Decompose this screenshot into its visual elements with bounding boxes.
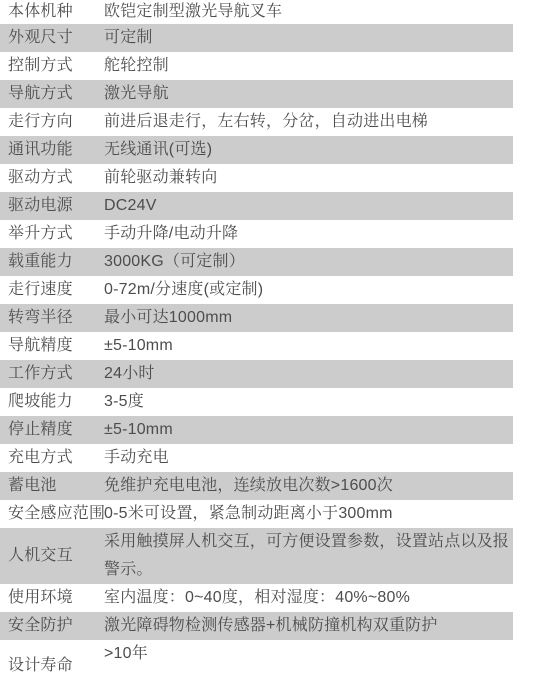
spec-label: 设计寿命: [0, 640, 104, 692]
spec-value: 0-72m/分速度(或定制): [104, 276, 513, 304]
table-row: 走行速度 0-72m/分速度(或定制): [0, 276, 513, 304]
spec-table: 本体机种 欧铠定制型激光导航叉车 外观尺寸 可定制 控制方式 舵轮控制 导航方式…: [0, 0, 513, 692]
table-row: 充电方式 手动充电: [0, 444, 513, 472]
spec-value: DC24V: [104, 192, 513, 220]
spec-value: 0-5米可设置，紧急制动距离小于300mm: [104, 500, 513, 528]
spec-label: 驱动方式: [0, 164, 104, 192]
spec-table-body: 本体机种 欧铠定制型激光导航叉车 外观尺寸 可定制 控制方式 舵轮控制 导航方式…: [0, 0, 513, 692]
spec-value: 无线通讯(可选): [104, 136, 513, 164]
spec-value: 激光障碍物检测传感器+机械防撞机构双重防护: [104, 612, 513, 640]
table-row: 设计寿命 >10年: [0, 640, 513, 692]
table-row: 安全防护 激光障碍物检测传感器+机械防撞机构双重防护: [0, 612, 513, 640]
spec-value: 最小可达1000mm: [104, 304, 513, 332]
spec-value: 3-5度: [104, 388, 513, 416]
table-row: 转弯半径 最小可达1000mm: [0, 304, 513, 332]
table-row: 停止精度 ±5-10mm: [0, 416, 513, 444]
spec-value: 室内温度：0~40度，相对湿度：40%~80%: [104, 584, 513, 612]
spec-value: 免维护充电电池，连续放电次数>1600次: [104, 472, 513, 500]
spec-label: 蓄电池: [0, 472, 104, 500]
spec-value: 手动升降/电动升降: [104, 220, 513, 248]
spec-label: 停止精度: [0, 416, 104, 444]
spec-value: >10年: [104, 640, 513, 692]
spec-label: 工作方式: [0, 360, 104, 388]
spec-label: 外观尺寸: [0, 24, 104, 52]
spec-value: 可定制: [104, 24, 513, 52]
table-row: 人机交互 采用触摸屏人机交互，可方便设置参数，设置站点以及报警示。: [0, 528, 513, 584]
spec-value: 手动充电: [104, 444, 513, 472]
table-row: 导航精度 ±5-10mm: [0, 332, 513, 360]
table-row: 外观尺寸 可定制: [0, 24, 513, 52]
table-row: 蓄电池 免维护充电电池，连续放电次数>1600次: [0, 472, 513, 500]
table-row: 驱动方式 前轮驱动兼转向: [0, 164, 513, 192]
spec-label: 导航方式: [0, 80, 104, 108]
spec-value: 欧铠定制型激光导航叉车: [104, 0, 513, 24]
table-row: 使用环境 室内温度：0~40度，相对湿度：40%~80%: [0, 584, 513, 612]
spec-label: 充电方式: [0, 444, 104, 472]
table-row: 举升方式 手动升降/电动升降: [0, 220, 513, 248]
spec-label: 走行速度: [0, 276, 104, 304]
spec-value: 24小时: [104, 360, 513, 388]
spec-value: ±5-10mm: [104, 332, 513, 360]
spec-label: 安全防护: [0, 612, 104, 640]
table-row: 工作方式 24小时: [0, 360, 513, 388]
spec-value: 激光导航: [104, 80, 513, 108]
spec-value: 前进后退走行，左右转，分岔，自动进出电梯: [104, 108, 513, 136]
table-row: 走行方向 前进后退走行，左右转，分岔，自动进出电梯: [0, 108, 513, 136]
table-row: 驱动电源 DC24V: [0, 192, 513, 220]
table-row: 本体机种 欧铠定制型激光导航叉车: [0, 0, 513, 24]
spec-label: 本体机种: [0, 0, 104, 24]
table-row: 控制方式 舵轮控制: [0, 52, 513, 80]
spec-label: 举升方式: [0, 220, 104, 248]
spec-value: ±5-10mm: [104, 416, 513, 444]
spec-value: 采用触摸屏人机交互，可方便设置参数，设置站点以及报警示。: [104, 528, 513, 584]
spec-label: 载重能力: [0, 248, 104, 276]
spec-value: 3000KG（可定制）: [104, 248, 513, 276]
spec-label: 爬坡能力: [0, 388, 104, 416]
spec-label: 走行方向: [0, 108, 104, 136]
table-row: 载重能力 3000KG（可定制）: [0, 248, 513, 276]
spec-label: 控制方式: [0, 52, 104, 80]
spec-value: 前轮驱动兼转向: [104, 164, 513, 192]
spec-label: 通讯功能: [0, 136, 104, 164]
table-row: 导航方式 激光导航: [0, 80, 513, 108]
spec-label: 转弯半径: [0, 304, 104, 332]
spec-label: 人机交互: [0, 528, 104, 584]
spec-sheet-page: 本体机种 欧铠定制型激光导航叉车 外观尺寸 可定制 控制方式 舵轮控制 导航方式…: [0, 0, 546, 692]
table-row: 通讯功能 无线通讯(可选): [0, 136, 513, 164]
spec-label: 安全感应范围: [0, 500, 104, 528]
spec-label: 驱动电源: [0, 192, 104, 220]
spec-value: 舵轮控制: [104, 52, 513, 80]
spec-label: 导航精度: [0, 332, 104, 360]
spec-label: 使用环境: [0, 584, 104, 612]
table-row: 爬坡能力 3-5度: [0, 388, 513, 416]
table-row: 安全感应范围 0-5米可设置，紧急制动距离小于300mm: [0, 500, 513, 528]
